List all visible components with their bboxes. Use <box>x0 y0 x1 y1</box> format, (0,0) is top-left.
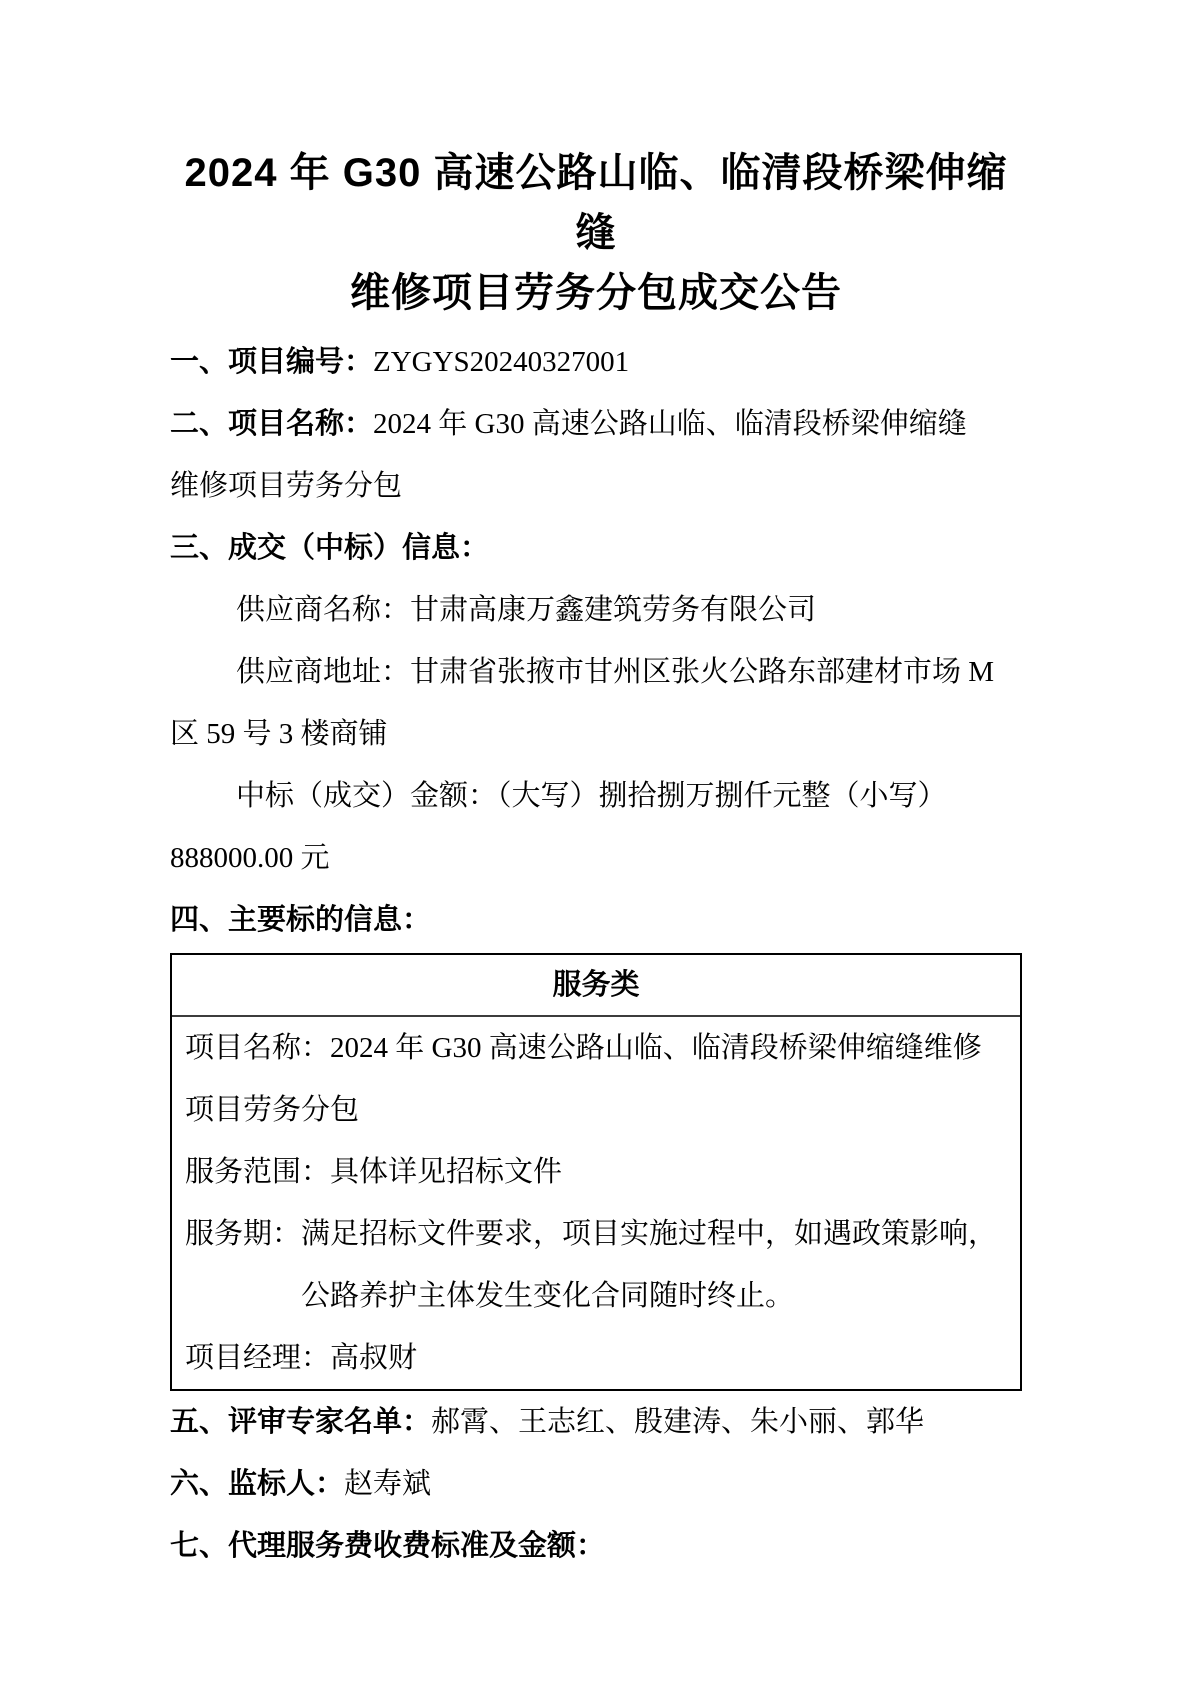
bid-supervisor-label: 六、监标人： <box>170 1468 344 1500</box>
supplier-address-line-2: 区 59 号 3 楼商铺 <box>170 703 1022 765</box>
project-name-label: 二、项目名称： <box>170 408 373 440</box>
project-number-label: 一、项目编号： <box>170 346 373 378</box>
project-number-value: ZYGYS20240327001 <box>373 346 629 378</box>
table-service-period-line-1: 服务期：满足招标文件要求，项目实施过程中，如遇政策影响， <box>185 1203 1007 1265</box>
table-project-name-line-2: 项目劳务分包 <box>185 1079 1007 1141</box>
experts-label: 五、评审专家名单： <box>170 1406 431 1438</box>
supplier-address-line-1: 供应商地址：甘肃省张掖市甘州区张火公路东部建材市场 M <box>170 641 1022 703</box>
project-name-line-2: 维修项目劳务分包 <box>170 455 1022 517</box>
subject-info-table: 服务类 项目名称：2024 年 G30 高速公路山临、临清段桥梁伸缩缝维修 项目… <box>170 953 1022 1391</box>
project-name-line-1: 二、项目名称：2024 年 G30 高速公路山临、临清段桥梁伸缩缝 <box>170 393 1022 455</box>
bid-supervisor-value: 赵寿斌 <box>344 1468 431 1500</box>
award-info-heading: 三、成交（中标）信息： <box>170 517 1022 579</box>
project-number-line: 一、项目编号：ZYGYS20240327001 <box>170 331 1022 393</box>
agency-fee-heading: 七、代理服务费收费标准及金额： <box>170 1515 1022 1577</box>
subject-info-heading: 四、主要标的信息： <box>170 889 1022 951</box>
document-body: 一、项目编号：ZYGYS20240327001 二、项目名称：2024 年 G3… <box>170 331 1022 951</box>
document-footer-sections: 五、评审专家名单：郝霄、王志红、殷建涛、朱小丽、郭华 六、监标人：赵寿斌 七、代… <box>170 1391 1022 1577</box>
document-page: 2024 年 G30 高速公路山临、临清段桥梁伸缩缝 维修项目劳务分包成交公告 … <box>0 0 1191 1684</box>
document-title: 2024 年 G30 高速公路山临、临清段桥梁伸缩缝 维修项目劳务分包成交公告 <box>170 143 1022 323</box>
award-amount-line-2: 888000.00 元 <box>170 827 1022 889</box>
project-name-value-2: 维修项目劳务分包 <box>170 470 402 502</box>
award-amount-line-1: 中标（成交）金额：（大写）捌拾捌万捌仟元整（小写） <box>170 765 1022 827</box>
table-project-name-line-1: 项目名称：2024 年 G30 高速公路山临、临清段桥梁伸缩缝维修 <box>185 1017 1007 1079</box>
experts-line: 五、评审专家名单：郝霄、王志红、殷建涛、朱小丽、郭华 <box>170 1391 1022 1453</box>
supplier-name-line: 供应商名称：甘肃高康万鑫建筑劳务有限公司 <box>170 579 1022 641</box>
table-service-period-line-2: 公路养护主体发生变化合同随时终止。 <box>185 1265 1007 1327</box>
title-line-1: 2024 年 G30 高速公路山临、临清段桥梁伸缩缝 <box>170 143 1022 263</box>
table-body: 项目名称：2024 年 G30 高速公路山临、临清段桥梁伸缩缝维修 项目劳务分包… <box>172 1017 1020 1389</box>
table-service-scope-line: 服务范围：具体详见招标文件 <box>185 1141 1007 1203</box>
project-name-value-1: 2024 年 G30 高速公路山临、临清段桥梁伸缩缝 <box>373 408 967 440</box>
title-line-2: 维修项目劳务分包成交公告 <box>170 263 1022 323</box>
experts-value: 郝霄、王志红、殷建涛、朱小丽、郭华 <box>431 1406 924 1438</box>
table-header-service-category: 服务类 <box>172 955 1020 1017</box>
table-project-manager-line: 项目经理：高叔财 <box>185 1327 1007 1389</box>
bid-supervisor-line: 六、监标人：赵寿斌 <box>170 1453 1022 1515</box>
